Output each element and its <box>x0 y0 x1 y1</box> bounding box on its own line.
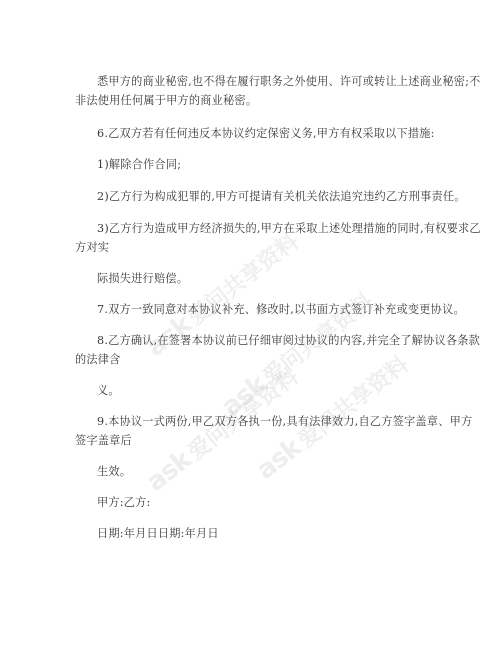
clause-8-cont: 的法律含 <box>75 352 440 368</box>
clause-7: 7.双方一致同意对本协议补充、修改时,以书面方式签订补充或变更协议。 <box>97 302 442 318</box>
clause-9: 9.本协议一式两份,甲乙双方各执一份,具有法律效力,自乙方签字盖章、甲方 <box>97 414 442 430</box>
clause-6-item-3-end: 际损失进行赔偿。 <box>97 271 442 287</box>
signature-dates: 日期:年月日日期:年月日 <box>97 526 442 542</box>
clause-6-item-3-cont: 方对实 <box>75 240 440 256</box>
para-line-2: 非法使用任何属于甲方的商业秘密。 <box>75 93 440 109</box>
clause-6-item-2: 2)乙方行为构成犯罪的,甲方可提请有关机关依法追究违约乙方刑事责任。 <box>97 189 442 205</box>
clause-6-item-1: 1)解除合作合同; <box>97 157 442 173</box>
clause-9-end: 生效。 <box>97 464 442 480</box>
signature-parties: 甲方:乙方: <box>97 495 442 511</box>
clause-6-item-3: 3)乙方行为造成甲方经济损失的,甲方在采取上述处理措施的同时,有权要求乙 <box>97 221 442 237</box>
document-page: 悉甲方的商业秘密,也不得在履行职务之外使用、许可或转让上述商业秘密;不 非法使用… <box>0 0 500 647</box>
clause-9-cont: 签字盖章后 <box>75 433 440 449</box>
para-line-1: 悉甲方的商业秘密,也不得在履行职务之外使用、许可或转让上述商业秘密;不 <box>97 74 442 90</box>
clause-8: 8.乙方确认,在签署本协议前已仔细审阅过协议的内容,并完全了解协议各条款 <box>97 333 442 349</box>
clause-6-heading: 6.乙双方若有任何违反本协议约定保密义务,甲方有权采取以下措施: <box>97 126 442 142</box>
clause-8-end: 义。 <box>97 383 442 399</box>
